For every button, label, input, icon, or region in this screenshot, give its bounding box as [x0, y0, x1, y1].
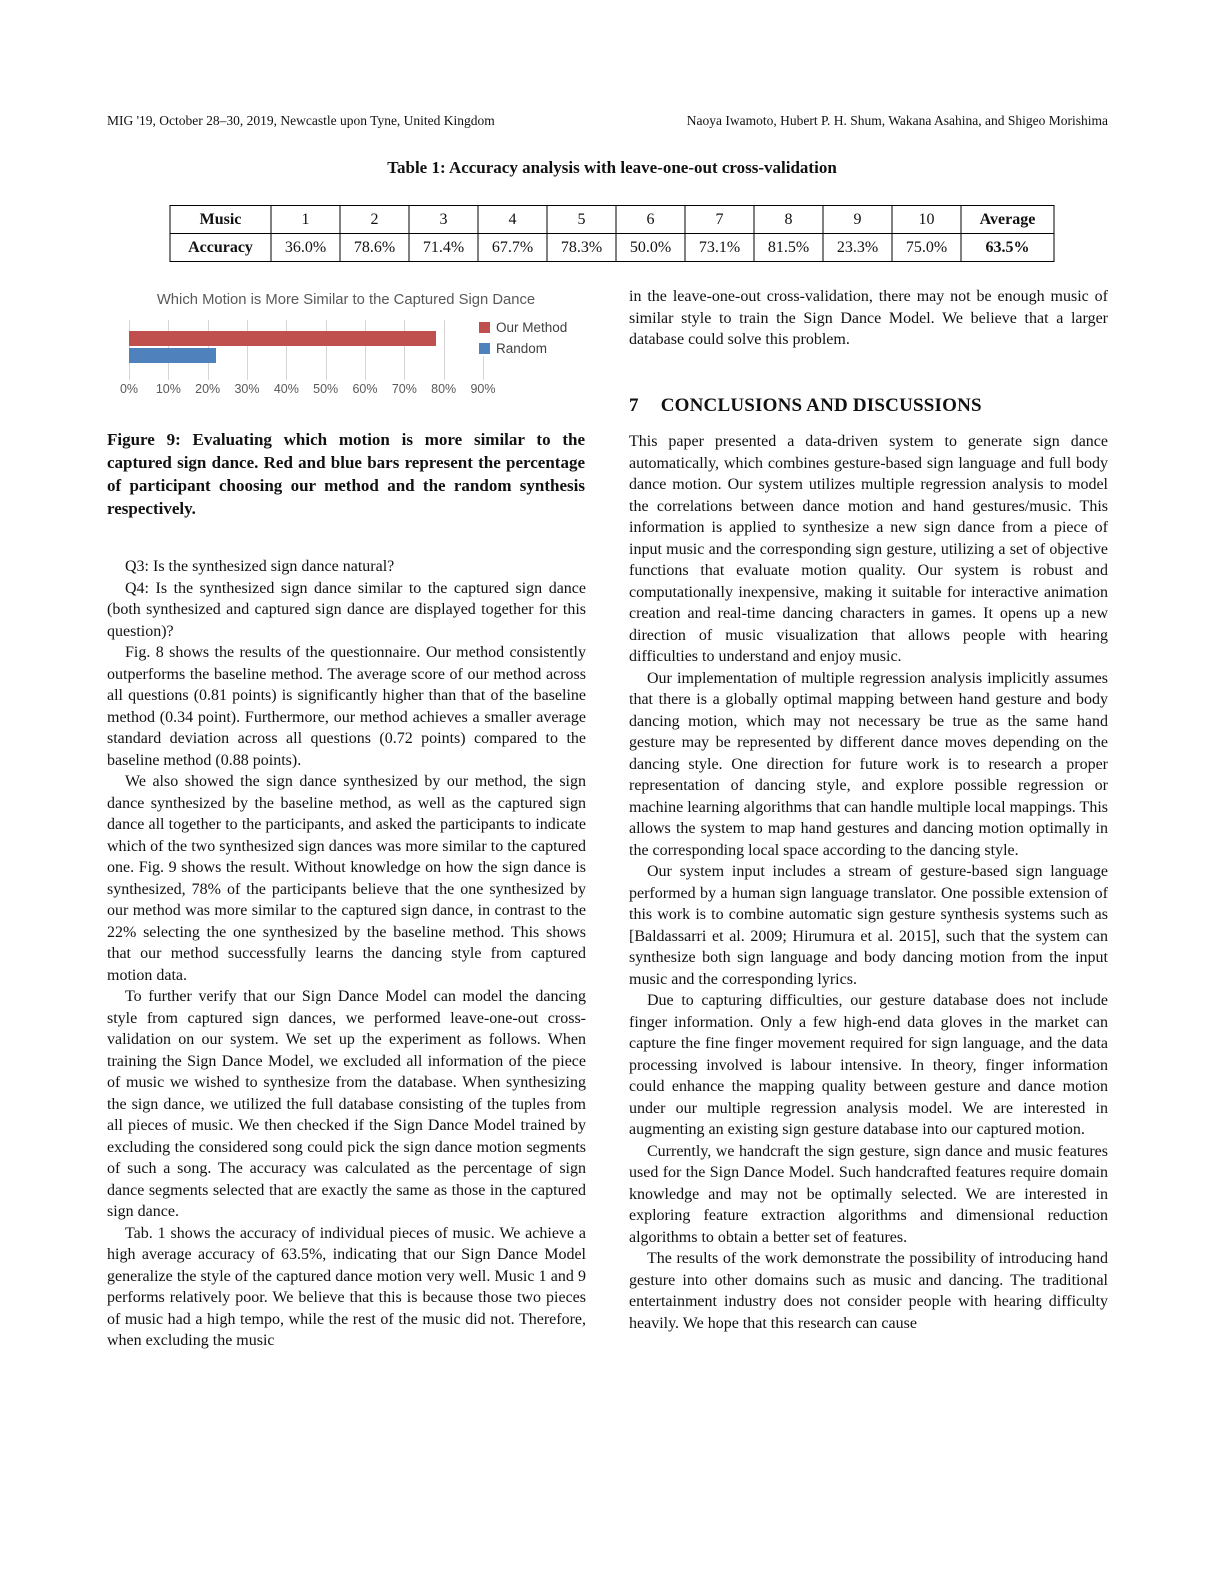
- chart-title: Which Motion is More Similar to the Capt…: [107, 292, 585, 308]
- table-caption: Table 1: Accuracy analysis with leave-on…: [0, 158, 1224, 178]
- bar-random: [129, 348, 216, 363]
- body-paragraph: The results of the work demonstrate the …: [629, 1248, 1108, 1334]
- table-cell: 2: [340, 206, 409, 234]
- running-head: MIG '19, October 28–30, 2019, Newcastle …: [107, 113, 1108, 129]
- table-cell: 8: [754, 206, 823, 234]
- legend-label: Random: [496, 341, 547, 356]
- table-cell: 78.6%: [340, 234, 409, 262]
- section-number: 7: [629, 395, 639, 416]
- figure-9: Which Motion is More Similar to the Capt…: [107, 290, 585, 520]
- x-tick-label: 90%: [470, 382, 495, 396]
- body-paragraph: Q3: Is the synthesized sign dance natura…: [107, 556, 586, 578]
- table-cell: Average: [961, 206, 1054, 234]
- x-tick-label: 10%: [156, 382, 181, 396]
- table-cell: 73.1%: [685, 234, 754, 262]
- right-column: in the leave-one-out cross-validation, t…: [629, 286, 1108, 1334]
- body-paragraph: To further verify that our Sign Dance Mo…: [107, 986, 586, 1223]
- bar-our-method: [129, 331, 436, 346]
- chart-legend: Our MethodRandom: [477, 320, 569, 356]
- table-cell: Music: [170, 206, 271, 234]
- body-paragraph: Our system input includes a stream of ge…: [629, 861, 1108, 990]
- table-cell: 67.7%: [478, 234, 547, 262]
- body-paragraph: Q4: Is the synthesized sign dance simila…: [107, 578, 586, 643]
- left-column: Q3: Is the synthesized sign dance natura…: [107, 556, 586, 1352]
- table-cell: 1: [271, 206, 340, 234]
- table-cell: 75.0%: [892, 234, 961, 262]
- table-data-row: Accuracy36.0%78.6%71.4%67.7%78.3%50.0%73…: [170, 234, 1054, 262]
- x-tick-label: 0%: [120, 382, 138, 396]
- right-column-paragraphs: This paper presented a data-driven syste…: [629, 431, 1108, 1334]
- table-cell: 78.3%: [547, 234, 616, 262]
- table-cell: 5: [547, 206, 616, 234]
- running-head-conference: MIG '19, October 28–30, 2019, Newcastle …: [107, 113, 495, 129]
- x-tick-label: 80%: [431, 382, 456, 396]
- legend-label: Our Method: [496, 320, 567, 335]
- legend-swatch-icon: [479, 343, 490, 354]
- table-cell: 3: [409, 206, 478, 234]
- body-paragraph: Due to capturing difficulties, our gestu…: [629, 990, 1108, 1141]
- x-tick-label: 40%: [274, 382, 299, 396]
- bar-chart: Which Motion is More Similar to the Capt…: [107, 290, 585, 402]
- x-tick-label: 50%: [313, 382, 338, 396]
- paper-page: MIG '19, October 28–30, 2019, Newcastle …: [0, 0, 1224, 1584]
- legend-item: Our Method: [479, 320, 567, 335]
- chart-x-axis: 0%10%20%30%40%50%60%70%80%90%: [129, 382, 483, 398]
- x-tick-label: 20%: [195, 382, 220, 396]
- figure-caption: Figure 9: Evaluating which motion is mor…: [107, 428, 585, 520]
- body-paragraph: Fig. 8 shows the results of the question…: [107, 642, 586, 771]
- table-cell: 7: [685, 206, 754, 234]
- table-cell: Accuracy: [170, 234, 271, 262]
- table-cell: 23.3%: [823, 234, 892, 262]
- table-cell: 50.0%: [616, 234, 685, 262]
- table-cell: 6: [616, 206, 685, 234]
- section-heading: 7CONCLUSIONS AND DISCUSSIONS: [629, 395, 1108, 417]
- table-cell: 81.5%: [754, 234, 823, 262]
- table-cell: 63.5%: [961, 234, 1054, 262]
- table-cell: 71.4%: [409, 234, 478, 262]
- body-paragraph: in the leave-one-out cross-validation, t…: [629, 286, 1108, 351]
- table-cell: 9: [823, 206, 892, 234]
- x-tick-label: 60%: [352, 382, 377, 396]
- body-paragraph: Our implementation of multiple regressio…: [629, 668, 1108, 862]
- chart-bars: [129, 320, 483, 374]
- body-paragraph: Tab. 1 shows the accuracy of individual …: [107, 1223, 586, 1352]
- body-paragraph: We also showed the sign dance synthesize…: [107, 771, 586, 986]
- body-paragraph: This paper presented a data-driven syste…: [629, 431, 1108, 668]
- table-header-row: Music12345678910Average: [170, 206, 1054, 234]
- table-cell: 10: [892, 206, 961, 234]
- chart-plot-area: [129, 320, 483, 374]
- table-cell: 36.0%: [271, 234, 340, 262]
- legend-swatch-icon: [479, 322, 490, 333]
- x-tick-label: 70%: [392, 382, 417, 396]
- x-tick-label: 30%: [234, 382, 259, 396]
- section-title: CONCLUSIONS AND DISCUSSIONS: [661, 395, 982, 416]
- body-paragraph: Currently, we handcraft the sign gesture…: [629, 1141, 1108, 1249]
- running-head-authors: Naoya Iwamoto, Hubert P. H. Shum, Wakana…: [687, 113, 1108, 129]
- accuracy-table: Music12345678910AverageAccuracy36.0%78.6…: [170, 205, 1055, 262]
- table-cell: 4: [478, 206, 547, 234]
- accuracy-table-wrap: Music12345678910AverageAccuracy36.0%78.6…: [170, 205, 1055, 262]
- legend-item: Random: [479, 341, 567, 356]
